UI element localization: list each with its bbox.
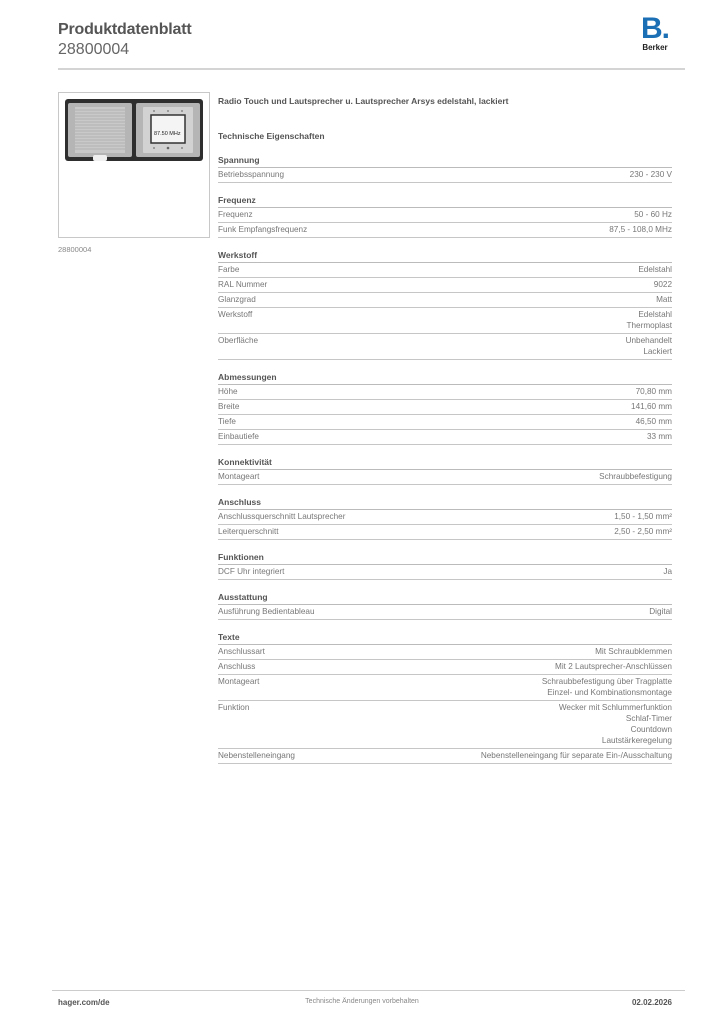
spec-label: Einbautiefe bbox=[218, 431, 259, 442]
spec-label: Funk Empfangsfrequenz bbox=[218, 224, 307, 235]
spec-value-line: Wecker mit Schlummerfunktion bbox=[269, 702, 672, 713]
spec-label: Leiterquerschnitt bbox=[218, 526, 279, 537]
product-number: 28800004 bbox=[58, 40, 192, 60]
spec-label: DCF Uhr integriert bbox=[218, 566, 284, 577]
spec-value-line: Mit Schraubklemmen bbox=[285, 646, 672, 657]
product-illustration-icon: 87.50 MHz bbox=[59, 93, 209, 237]
spec-section: AnschlussAnschlussquerschnitt Lautsprech… bbox=[218, 496, 672, 540]
spec-value-line: Nebenstelleneingang für separate Ein-/Au… bbox=[315, 750, 672, 761]
svg-text:87.50 MHz: 87.50 MHz bbox=[154, 131, 181, 137]
spec-row: Höhe70,80 mm bbox=[218, 385, 672, 400]
spec-value-line: 87,5 - 108,0 MHz bbox=[327, 224, 672, 235]
spec-label: Tiefe bbox=[218, 416, 236, 427]
spec-value: 141,60 mm bbox=[239, 401, 672, 412]
spec-value: EdelstahlThermoplast bbox=[252, 309, 672, 331]
spec-value-line: 33 mm bbox=[279, 431, 672, 442]
spec-row: DCF Uhr integriertJa bbox=[218, 565, 672, 580]
spec-section: FunktionenDCF Uhr integriertJa bbox=[218, 551, 672, 580]
spec-sections: SpannungBetriebsspannung230 - 230 VFrequ… bbox=[218, 154, 672, 775]
spec-label: Breite bbox=[218, 401, 239, 412]
spec-value-line: 70,80 mm bbox=[258, 386, 672, 397]
spec-row: RAL Nummer9022 bbox=[218, 278, 672, 293]
spec-value-line: Digital bbox=[335, 606, 672, 617]
spec-row: AnschlussMit 2 Lautsprecher-Anschlüssen bbox=[218, 660, 672, 675]
product-image: 87.50 MHz bbox=[58, 92, 210, 238]
spec-value: UnbehandeltLackiert bbox=[258, 335, 672, 357]
spec-label: Farbe bbox=[218, 264, 239, 275]
spec-value-line: Edelstahl bbox=[259, 264, 672, 275]
spec-row: FunktionWecker mit SchlummerfunktionSchl… bbox=[218, 701, 672, 749]
spec-row: MontageartSchraubbefestigung bbox=[218, 470, 672, 485]
spec-label: Oberfläche bbox=[218, 335, 258, 357]
spec-value: 87,5 - 108,0 MHz bbox=[307, 224, 672, 235]
spec-value: 70,80 mm bbox=[238, 386, 672, 397]
spec-row: Frequenz50 - 60 Hz bbox=[218, 208, 672, 223]
spec-value-line: Mit 2 Lautsprecher-Anschlüssen bbox=[275, 661, 672, 672]
spec-value: 2,50 - 2,50 mm² bbox=[279, 526, 672, 537]
spec-value-line: 2,50 - 2,50 mm² bbox=[299, 526, 672, 537]
section-title: Anschluss bbox=[218, 496, 672, 510]
spec-label: Höhe bbox=[218, 386, 238, 397]
footer-disclaimer: Technische Änderungen vorbehalten bbox=[0, 998, 724, 1005]
spec-value: Ja bbox=[284, 566, 672, 577]
spec-row: FarbeEdelstahl bbox=[218, 263, 672, 278]
logo-mark-icon: B. bbox=[638, 15, 672, 43]
spec-row: Anschlussquerschnitt Lautsprecher1,50 - … bbox=[218, 510, 672, 525]
product-name: Radio Touch und Lautsprecher u. Lautspre… bbox=[218, 96, 672, 106]
spec-row: Tiefe46,50 mm bbox=[218, 415, 672, 430]
spec-value: Mit Schraubklemmen bbox=[265, 646, 672, 657]
section-title: Abmessungen bbox=[218, 371, 672, 385]
spec-label: Betriebsspannung bbox=[218, 169, 284, 180]
document-title: Produktdatenblatt bbox=[58, 20, 192, 40]
spec-row: OberflächeUnbehandeltLackiert bbox=[218, 334, 672, 360]
header-divider bbox=[58, 68, 685, 70]
section-title: Werkstoff bbox=[218, 249, 672, 263]
spec-value-line: Schraubbefestigung über Tragplatte bbox=[279, 676, 672, 687]
spec-section: AusstattungAusführung BedientableauDigit… bbox=[218, 591, 672, 620]
spec-value-line: Edelstahl bbox=[272, 309, 672, 320]
product-info: Radio Touch und Lautsprecher u. Lautspre… bbox=[218, 96, 672, 141]
section-title: Ausstattung bbox=[218, 591, 672, 605]
spec-value-line: Thermoplast bbox=[272, 320, 672, 331]
spec-value: Matt bbox=[256, 294, 672, 305]
spec-section: TexteAnschlussartMit SchraubklemmenAnsch… bbox=[218, 631, 672, 764]
spec-row: Funk Empfangsfrequenz87,5 - 108,0 MHz bbox=[218, 223, 672, 238]
spec-value: 50 - 60 Hz bbox=[253, 209, 672, 220]
spec-row: AnschlussartMit Schraubklemmen bbox=[218, 645, 672, 660]
section-title: Texte bbox=[218, 631, 672, 645]
image-caption: 28800004 bbox=[58, 245, 91, 254]
logo-text: Berker bbox=[638, 43, 672, 53]
spec-section: FrequenzFrequenz50 - 60 HzFunk Empfangsf… bbox=[218, 194, 672, 238]
spec-value-line: 230 - 230 V bbox=[304, 169, 672, 180]
spec-value-line: Matt bbox=[276, 294, 672, 305]
spec-label: Funktion bbox=[218, 702, 249, 746]
spec-value-line: Unbehandelt bbox=[278, 335, 672, 346]
spec-value: 46,50 mm bbox=[236, 416, 672, 427]
section-title: Frequenz bbox=[218, 194, 672, 208]
section-title: Spannung bbox=[218, 154, 672, 168]
spec-section: KonnektivitätMontageartSchraubbefestigun… bbox=[218, 456, 672, 485]
berker-logo: B. Berker bbox=[638, 15, 672, 53]
spec-value-line: Schlaf-Timer bbox=[269, 713, 672, 724]
spec-value: 1,50 - 1,50 mm² bbox=[345, 511, 672, 522]
spec-row: GlanzgradMatt bbox=[218, 293, 672, 308]
spec-value: Mit 2 Lautsprecher-Anschlüssen bbox=[255, 661, 672, 672]
spec-value-line: Lautstärkeregelung bbox=[269, 735, 672, 746]
spec-label: RAL Nummer bbox=[218, 279, 267, 290]
spec-value: 33 mm bbox=[259, 431, 672, 442]
spec-value: Edelstahl bbox=[239, 264, 672, 275]
spec-value-line: 46,50 mm bbox=[256, 416, 672, 427]
spec-value-line: Lackiert bbox=[278, 346, 672, 357]
section-title: Funktionen bbox=[218, 551, 672, 565]
spec-label: Glanzgrad bbox=[218, 294, 256, 305]
spec-label: Montageart bbox=[218, 676, 259, 698]
spec-label: Anschlussquerschnitt Lautsprecher bbox=[218, 511, 345, 522]
spec-value-line: 1,50 - 1,50 mm² bbox=[365, 511, 672, 522]
footer-date: 02.02.2026 bbox=[632, 998, 672, 1007]
spec-value: Nebenstelleneingang für separate Ein-/Au… bbox=[295, 750, 672, 761]
spec-value-line: Schraubbefestigung bbox=[279, 471, 672, 482]
spec-value-line: 9022 bbox=[287, 279, 672, 290]
spec-value: Schraubbefestigung über TragplatteEinzel… bbox=[259, 676, 672, 698]
document-header: Produktdatenblatt 28800004 bbox=[58, 20, 192, 60]
spec-row: Leiterquerschnitt2,50 - 2,50 mm² bbox=[218, 525, 672, 540]
spec-row: NebenstelleneingangNebenstelleneingang f… bbox=[218, 749, 672, 764]
spec-label: Ausführung Bedientableau bbox=[218, 606, 315, 617]
spec-section: AbmessungenHöhe70,80 mmBreite141,60 mmTi… bbox=[218, 371, 672, 445]
spec-value-line: 141,60 mm bbox=[259, 401, 672, 412]
spec-value: 230 - 230 V bbox=[284, 169, 672, 180]
spec-row: Einbautiefe33 mm bbox=[218, 430, 672, 445]
spec-row: Ausführung BedientableauDigital bbox=[218, 605, 672, 620]
spec-row: Betriebsspannung230 - 230 V bbox=[218, 168, 672, 183]
spec-label: Werkstoff bbox=[218, 309, 252, 331]
spec-row: MontageartSchraubbefestigung über Tragpl… bbox=[218, 675, 672, 701]
spec-section: WerkstoffFarbeEdelstahlRAL Nummer9022Gla… bbox=[218, 249, 672, 360]
spec-label: Anschluss bbox=[218, 661, 255, 672]
spec-label: Montageart bbox=[218, 471, 259, 482]
spec-value: Wecker mit SchlummerfunktionSchlaf-Timer… bbox=[249, 702, 672, 746]
footer-divider bbox=[52, 990, 685, 991]
spec-value-line: Einzel- und Kombinationsmontage bbox=[279, 687, 672, 698]
spec-value-line: Countdown bbox=[269, 724, 672, 735]
tech-properties-heading: Technische Eigenschaften bbox=[218, 131, 672, 141]
spec-section: SpannungBetriebsspannung230 - 230 V bbox=[218, 154, 672, 183]
spec-value: Schraubbefestigung bbox=[259, 471, 672, 482]
spec-label: Frequenz bbox=[218, 209, 253, 220]
spec-value: Digital bbox=[315, 606, 672, 617]
spec-label: Nebenstelleneingang bbox=[218, 750, 295, 761]
spec-row: Breite141,60 mm bbox=[218, 400, 672, 415]
spec-value-line: Ja bbox=[304, 566, 672, 577]
spec-label: Anschlussart bbox=[218, 646, 265, 657]
spec-value-line: 50 - 60 Hz bbox=[273, 209, 672, 220]
spec-row: WerkstoffEdelstahlThermoplast bbox=[218, 308, 672, 334]
section-title: Konnektivität bbox=[218, 456, 672, 470]
spec-value: 9022 bbox=[267, 279, 672, 290]
